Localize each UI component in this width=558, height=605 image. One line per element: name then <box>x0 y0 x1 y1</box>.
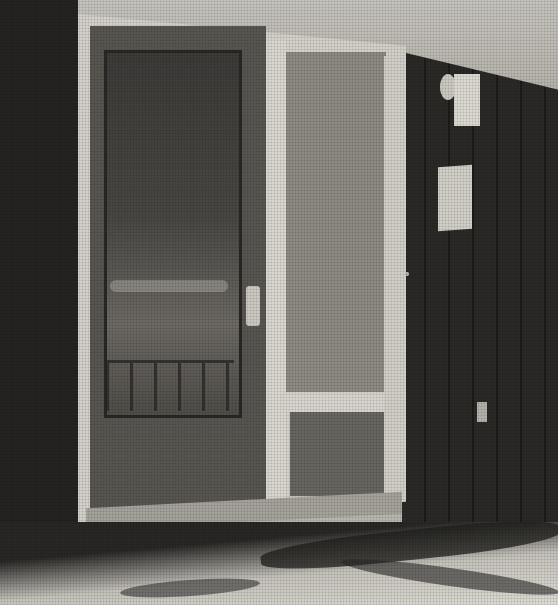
keyhole <box>405 272 409 276</box>
left-wall <box>0 0 78 560</box>
photo-scene: Black-and-white halftone photograph of a… <box>0 0 558 605</box>
mailbox <box>438 165 472 231</box>
door-divider-stile <box>266 40 286 510</box>
board-siding <box>402 52 558 522</box>
sidelight-rail <box>280 394 392 412</box>
reflected-railing <box>106 360 234 411</box>
sidelight-lower-panel <box>290 412 384 496</box>
wall-lamp <box>454 74 480 126</box>
sidelight-stile <box>384 56 404 496</box>
sidelight-window <box>286 52 386 392</box>
electrical-outlet <box>477 402 487 422</box>
door-handle <box>246 286 260 326</box>
glass-reflection <box>110 280 228 292</box>
